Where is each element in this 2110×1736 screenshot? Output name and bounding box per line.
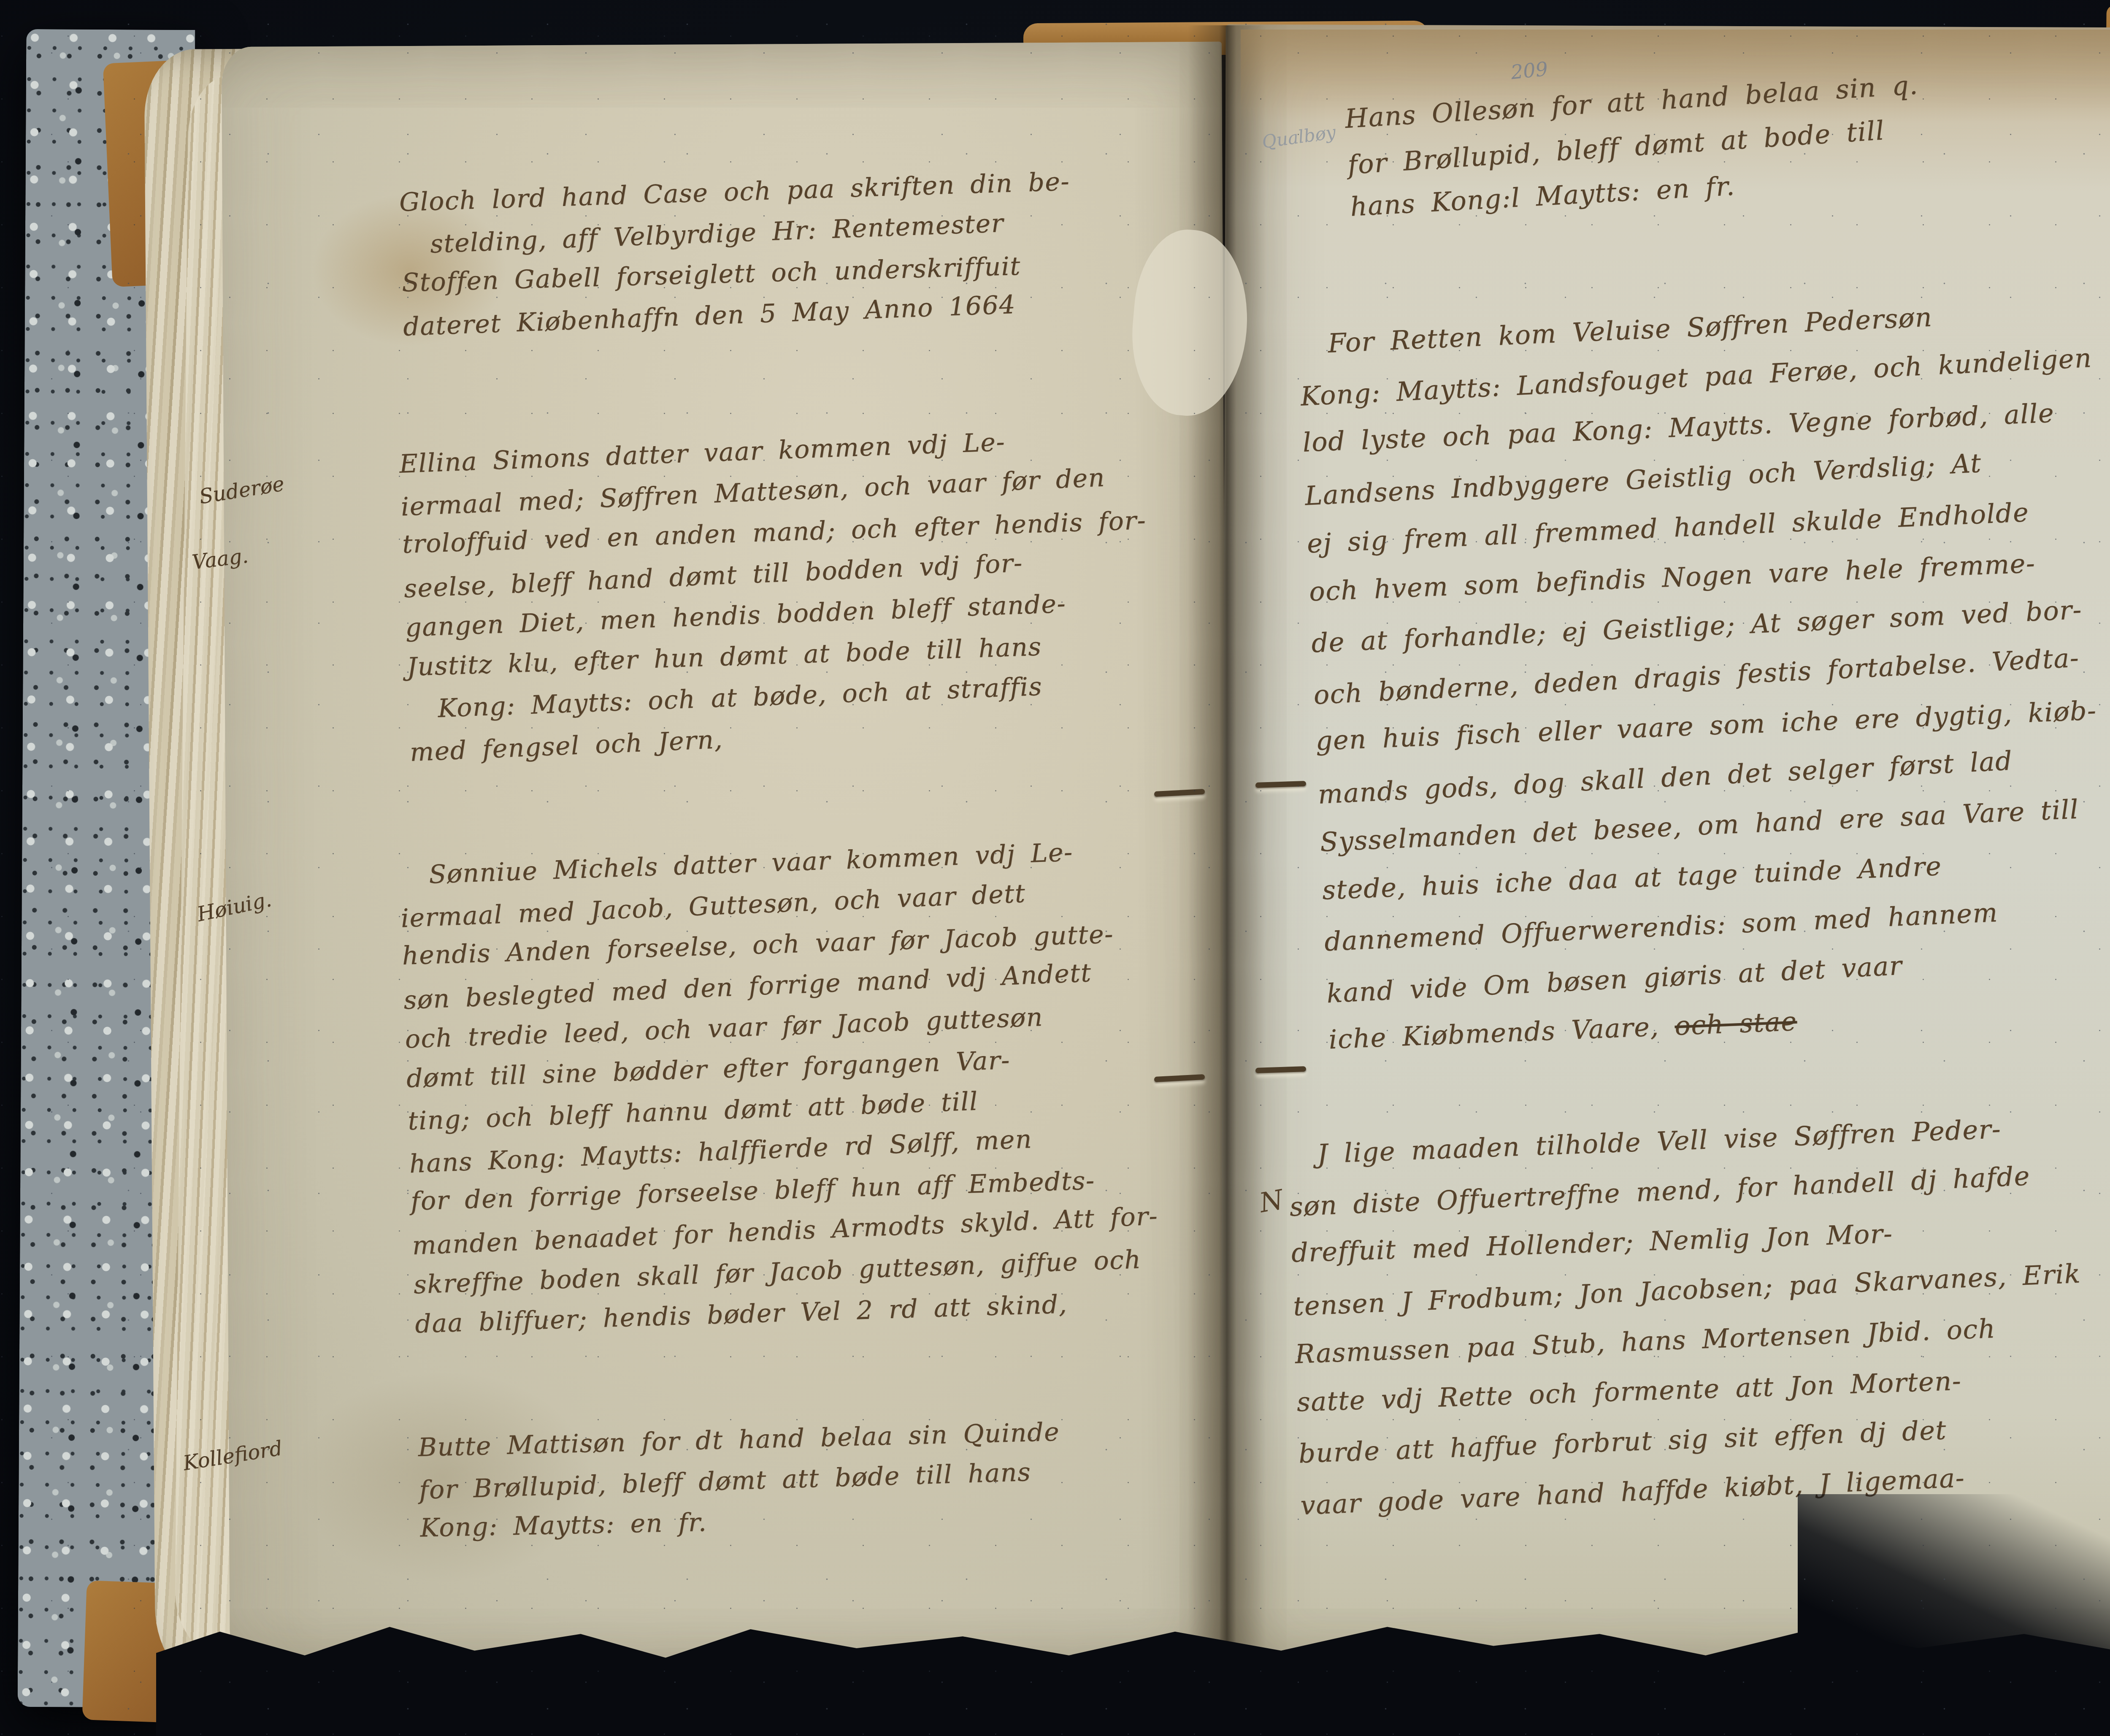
right-paragraph-3: J lige maaden tilholde Vell vise Søffren… — [1287, 1111, 2089, 1538]
folio-number: 209 — [1509, 57, 1549, 84]
left-paragraph-1: Gloch lord hand Case och paa skriften di… — [399, 167, 1074, 352]
left-paragraph-2: Ellina Simons datter vaar kommen vdj Le-… — [399, 422, 1155, 777]
left-paragraph-4: Butte Mattisøn for dt hand belaa sin Qui… — [418, 1417, 1062, 1556]
left-paragraph-3: Sønniue Michels datter vaar kommen vdj L… — [399, 835, 1162, 1352]
open-manuscript-book: Gloch lord hand Case och paa skriften di… — [0, 0, 2110, 1736]
struck-through-text: och stae — [1674, 1006, 1798, 1041]
archival-photo-scene: Gloch lord hand Case och paa skriften di… — [0, 0, 2110, 1736]
right-paragraph-2: For Retten kom Veluise Søffren Pedersøn … — [1298, 295, 2110, 1075]
